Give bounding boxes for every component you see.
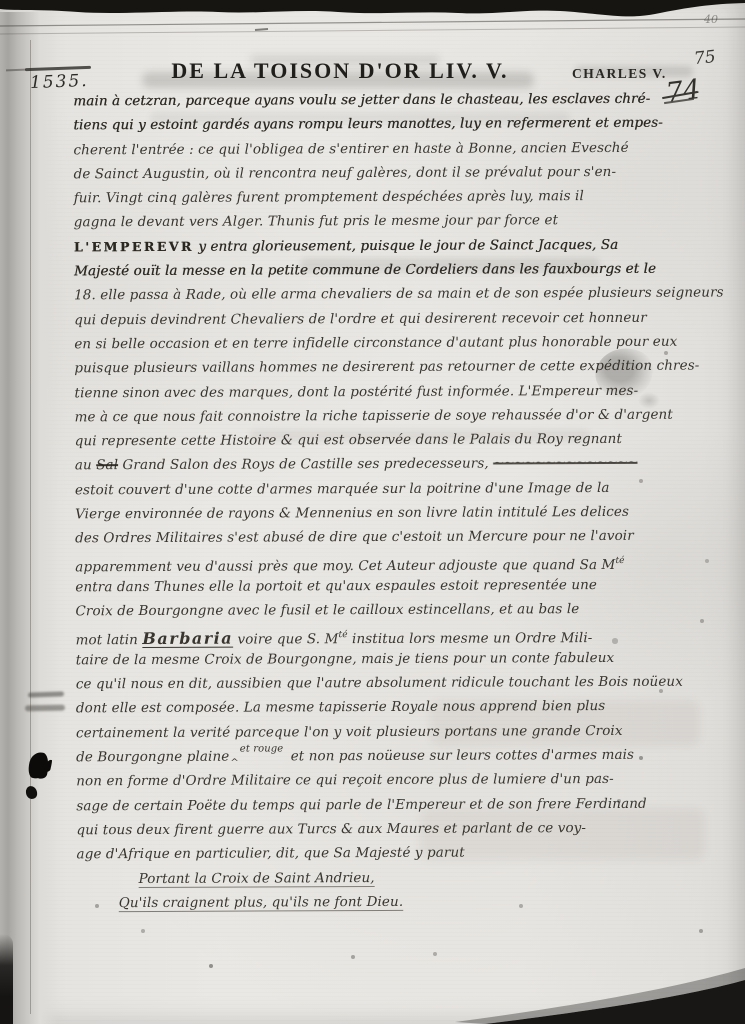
manuscript-segment: en si belle occasion et en terre infidel… <box>74 334 677 353</box>
manuscript-line: de Sainct Augustin, où il rencontra neuf… <box>74 160 679 187</box>
manuscript-segment: non en forme d'Ordre Militaire ce qui re… <box>76 771 614 789</box>
manuscript-line: age d'Afrique en particulier, dit, que S… <box>76 840 681 867</box>
manuscript-segment: estoit couvert d'une cotte d'armes marqu… <box>75 480 610 498</box>
manuscript-segment: taire de la mesme Croix de Bourgongne, m… <box>76 650 615 668</box>
bottom-left-scan-edge <box>0 934 13 1024</box>
manuscript-segment-caret: ^ <box>230 758 239 769</box>
manuscript-segment: tiens qui y estoint gardés ayans rompu l… <box>73 115 662 134</box>
manuscript-line: taire de la mesme Croix de Bourgongne, m… <box>76 646 681 673</box>
manuscript-line: cherent l'entrée : ce qui l'obligea de s… <box>73 135 678 162</box>
manuscript-segment: Majesté ouït la messe en la petite commu… <box>74 261 656 280</box>
manuscript-line: tienne sinon avec des marques, dont la p… <box>74 378 679 405</box>
manuscript-segment: mot latin <box>76 632 143 648</box>
manuscript-line: qui tous deux firent guerre aux Turcs & … <box>76 816 681 843</box>
manuscript-line: ce qu'il nous en dit, aussibien que l'au… <box>76 670 681 697</box>
manuscript-segment: apparemment veu d'aussi près que moy. Ce… <box>75 557 615 575</box>
manuscript-segment: Qu'ils craignent plus, qu'ils ne font Di… <box>119 894 404 911</box>
page-corner-curl <box>455 944 745 1024</box>
manuscript-segment: Vierge environnée de rayons & Mennenius … <box>75 504 629 522</box>
manuscript-line: puisque plusieurs vaillans hommes ne des… <box>74 354 679 381</box>
manuscript-segment: cherent l'entrée : ce qui l'obligea de s… <box>73 139 628 157</box>
manuscript-line: qui represente cette Histoire & qui est … <box>75 427 680 454</box>
binding-gutter-shadow <box>0 12 58 1024</box>
manuscript-line: apparemment veu d'aussi près que moy. Ce… <box>75 548 680 575</box>
manuscript-line: Vierge environnée de rayons & Mennenius … <box>75 500 680 527</box>
manuscript-line: main à cetzran, parceque ayans voulu se … <box>73 87 678 114</box>
manuscript-segment-caps: L'EMPEREVR <box>74 239 194 255</box>
manuscript-segment: fuir. Vingt cinq galères furent promptem… <box>74 188 584 206</box>
manuscript-line: en si belle occasion et en terre infidel… <box>74 330 679 357</box>
manuscript-line: certainement la verité parceque l'on y v… <box>76 718 681 745</box>
top-scan-edge <box>0 0 745 42</box>
manuscript-segment-insert: et rouge <box>240 743 284 754</box>
manuscript-line: Majesté ouït la messe en la petite commu… <box>74 257 679 284</box>
manuscript-line: estoit couvert d'une cotte d'armes marqu… <box>75 475 680 502</box>
manuscript-line: tiens qui y estoint gardés ayans rompu l… <box>73 111 678 138</box>
manuscript-segment-sup: té <box>615 556 624 566</box>
manuscript-segment: Croix de Bourgongne avec le fusil et le … <box>75 601 579 619</box>
manuscript-line: Portant la Croix de Saint Andrieu, <box>77 864 682 891</box>
manuscript-segment: main à cetzran, parceque ayans voulu se … <box>73 91 650 110</box>
manuscript-line: Qu'ils craignent plus, qu'ils ne font Di… <box>77 888 682 915</box>
manuscript-segment: ce qu'il nous en dit, aussibien que l'au… <box>76 674 683 693</box>
manuscript-line: dont elle est composée. La mesme tapisse… <box>76 694 681 721</box>
manuscript-segment: de Sainct Augustin, où il rencontra neuf… <box>74 164 617 182</box>
manuscript-segment: sage de certain Poëte du temps qui parle… <box>76 795 647 813</box>
manuscript-segment: des Ordres Militaires s'est abusé de dir… <box>75 528 634 546</box>
margin-bleed-mark <box>25 705 65 712</box>
manuscript-segment-strike: Sal <box>96 458 118 474</box>
manuscript-line: fuir. Vingt cinq galères furent promptem… <box>74 184 679 211</box>
manuscript-line: sage de certain Poëte du temps qui parle… <box>76 791 681 818</box>
manuscript-segment-sup: té <box>338 630 347 640</box>
manuscript-page-scan: DE LA TOISON D'OR LIV. V. CHARLES V. 153… <box>0 0 745 1024</box>
manuscript-segment: institua lors mesme un Ordre Mili- <box>348 630 593 647</box>
manuscript-segment: dont elle est composée. La mesme tapisse… <box>76 698 606 716</box>
manuscript-line: de Bourgongne plaine^et rouge et non pas… <box>76 743 681 770</box>
manuscript-segment: de Bourgongne plaine <box>76 749 229 766</box>
page-title: DE LA TOISON D'OR LIV. V. <box>140 58 540 84</box>
manuscript-segment: voire que S. M <box>233 631 338 647</box>
manuscript-segment: qui represente cette Histoire & qui est … <box>75 431 622 449</box>
margin-bleed-mark <box>28 691 64 697</box>
manuscript-segment-bu: Barbaria <box>142 628 233 647</box>
manuscript-segment: me à ce que nous fait connoistre la rich… <box>75 407 673 426</box>
manuscript-line: Croix de Bourgongne avec le fusil et le … <box>75 597 680 624</box>
manuscript-line: L'EMPEREVR y entra glorieusement, puisqu… <box>74 232 679 259</box>
manuscript-segment: age d'Afrique en particulier, dit, que S… <box>77 845 465 863</box>
manuscript-segment: entra dans Thunes elle la portoit et qu'… <box>75 577 597 595</box>
manuscript-segment: tienne sinon avec des marques, dont la p… <box>74 382 638 400</box>
manuscript-line: qui depuis devindrent Chevaliers de l'or… <box>74 305 679 332</box>
page-inner-edge-line <box>30 40 31 1014</box>
manuscript-line: des Ordres Militaires s'est abusé de dir… <box>75 524 680 551</box>
manuscript-segment: 18. elle passa à Rade, où elle arma chev… <box>74 285 724 304</box>
manuscript-line: gagna le devant vers Alger. Thunis fut p… <box>74 208 679 235</box>
manuscript-segment: y entra glorieusement, puisque le jour d… <box>194 237 618 255</box>
manuscript-line: mot latin Barbaria voire que S. Mté inst… <box>76 621 681 648</box>
manuscript-segment: qui tous deux firent guerre aux Turcs & … <box>76 820 586 838</box>
manuscript-segment: au <box>75 458 96 474</box>
manuscript-line: 18. elle passa à Rade, où elle arma chev… <box>74 281 679 308</box>
manuscript-line: non en forme d'Ordre Militaire ce qui re… <box>76 767 681 794</box>
manuscript-segment: et non pas noüeuse sur leurs cottes d'ar… <box>286 747 634 765</box>
manuscript-line: me à ce que nous fait connoistre la rich… <box>75 403 680 430</box>
folio-number: 75 <box>693 47 717 69</box>
manuscript-segment: certainement la verité parceque l'on y v… <box>76 723 623 741</box>
manuscript-line: entra dans Thunes elle la portoit et qu'… <box>75 573 680 600</box>
manuscript-lines: main à cetzran, parceque ayans voulu se … <box>73 87 682 916</box>
manuscript-segment: qui depuis devindrent Chevaliers de l'or… <box>74 309 647 327</box>
manuscript-segment: gagna le devant vers Alger. Thunis fut p… <box>74 213 558 231</box>
manuscript-segment: Grand Salon des Roys de Castille ses pre… <box>118 456 493 474</box>
manuscript-segment-scribble: ~~~~~~~~~~~~~~ <box>493 455 637 472</box>
manuscript-line: au Sal Grand Salon des Roys de Castille … <box>75 451 680 478</box>
manuscript-segment: Portant la Croix de Saint Andrieu, <box>139 870 375 887</box>
manuscript-segment: puisque plusieurs vaillans hommes ne des… <box>74 358 699 377</box>
